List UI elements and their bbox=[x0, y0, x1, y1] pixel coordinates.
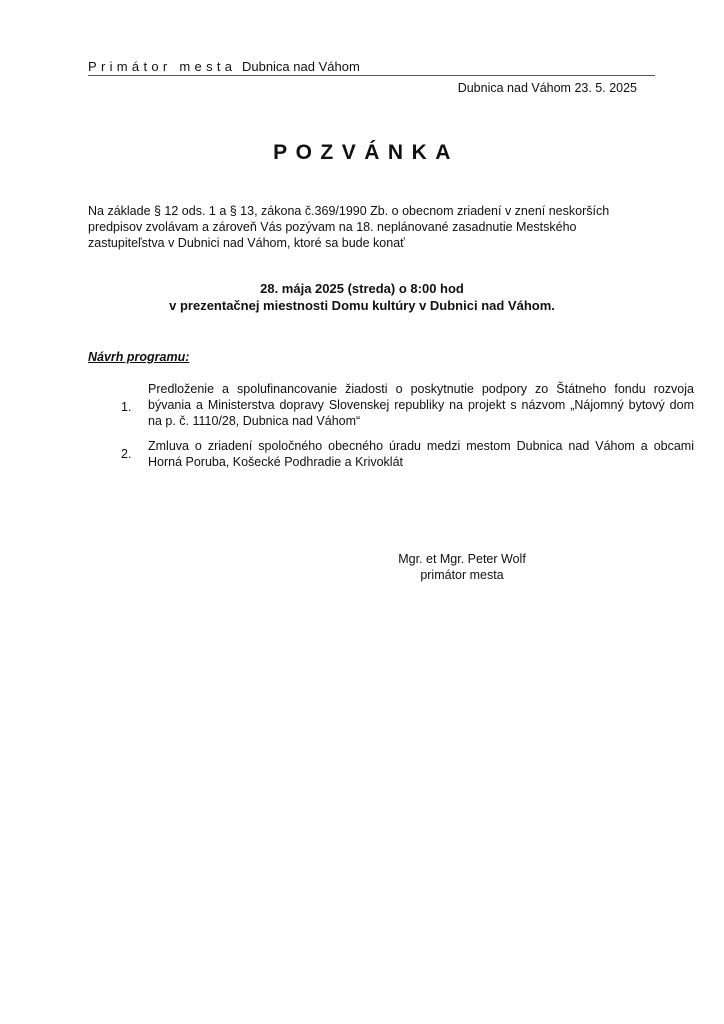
intro-paragraph: Na základe § 12 ods. 1 a § 13, zákona č.… bbox=[88, 203, 648, 252]
place-date: Dubnica nad Váhom 23. 5. 2025 bbox=[458, 80, 637, 96]
signatory-role: primátor mesta bbox=[380, 567, 544, 583]
document-title: POZVÁNKA bbox=[0, 141, 724, 165]
meeting-details: 28. mája 2025 (streda) o 8:00 hod v prez… bbox=[0, 281, 724, 314]
letterhead-town: Dubnica nad Váhom bbox=[242, 59, 360, 74]
signatory-name: Mgr. et Mgr. Peter Wolf bbox=[380, 551, 544, 567]
program-item-number: 1. bbox=[121, 399, 131, 415]
signature-block: Mgr. et Mgr. Peter Wolf primátor mesta bbox=[380, 551, 544, 583]
program-item-text: Zmluva o zriadení spoločného obecného úr… bbox=[148, 438, 694, 470]
program-heading: Návrh programu: bbox=[88, 350, 189, 364]
program-item-text: Predloženie a spolufinancovanie žiadosti… bbox=[148, 381, 694, 430]
meeting-datetime: 28. mája 2025 (streda) o 8:00 hod bbox=[0, 281, 724, 298]
letterhead: Primátor mesta Dubnica nad Váhom bbox=[88, 59, 655, 76]
meeting-location: v prezentačnej miestnosti Domu kultúry v… bbox=[0, 298, 724, 315]
program-item-number: 2. bbox=[121, 446, 131, 462]
letterhead-office: Primátor mesta bbox=[88, 59, 236, 74]
